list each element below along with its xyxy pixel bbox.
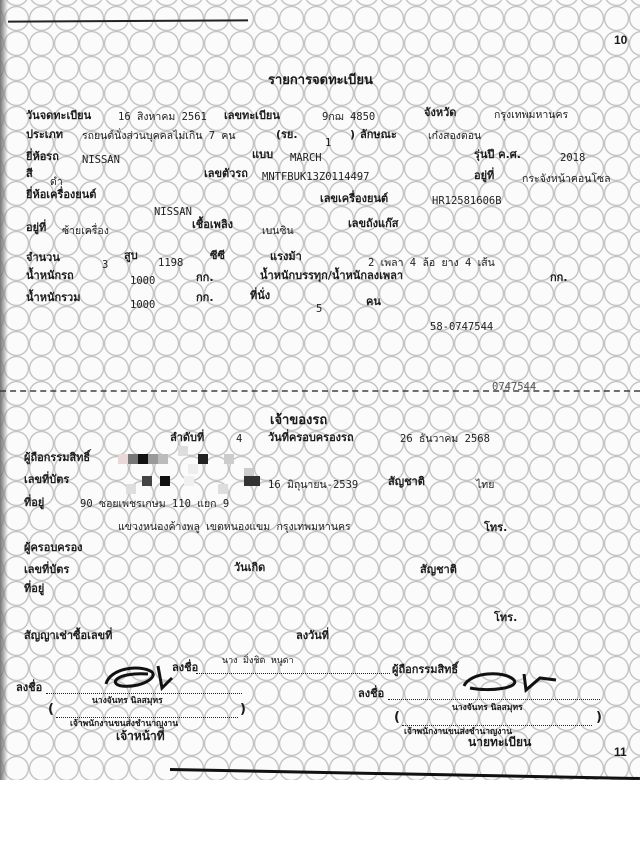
year-label: รุ่นปี ค.ศ. <box>474 149 521 160</box>
owner-sequence-value: 4 <box>236 434 242 445</box>
officer-title: เจ้าพนักงานขนส่งชำนาญงาน <box>70 720 178 729</box>
hire-purchase-contract-label: สัญญาเช่าซื้อเลขที่ <box>24 630 112 641</box>
vehicle-weight-unit: กก. <box>196 272 214 283</box>
chassis-location-label: อยู่ที่ <box>474 170 494 181</box>
payload-unit: กก. <box>550 272 568 283</box>
possessor-label: ผู้ครอบครอง <box>24 542 83 553</box>
owner-nationality-label: สัญชาติ <box>388 476 425 487</box>
engine-cc-value: 1198 <box>158 258 183 269</box>
faded-number: 0747544 <box>492 382 536 393</box>
officer-name: นางจันทร นิลสมุทร <box>92 697 163 706</box>
registrar-name: นางจันทร นิลสมุทร <box>452 704 523 713</box>
style-label: ลักษณะ <box>360 129 397 140</box>
plate-value: 9กฌ 4850 <box>322 112 375 123</box>
page-number-top: 10 <box>614 34 627 46</box>
province-label: จังหวัด <box>424 107 456 118</box>
gross-weight-unit: กก. <box>196 292 214 303</box>
registrar-name-line <box>402 724 592 726</box>
registration-document-page: 10 รายการจดทะเบียน วันจดทะเบียน 16 สิงหา… <box>0 0 640 780</box>
fuel-value: เบนซิน <box>262 226 294 237</box>
page-number-bottom: 11 <box>614 746 627 758</box>
gross-weight-label: น้ำหนักรวม <box>26 292 80 303</box>
possession-date-value: 26 ธันวาคม 2568 <box>400 434 490 445</box>
reg-date-value: 16 สิงหาคม 2561 <box>118 112 207 123</box>
holder-role: ผู้ถือกรรมสิทธิ์ <box>392 664 458 675</box>
owner-phone-label: โทร. <box>484 522 507 533</box>
cylinders-label: จำนวน <box>26 252 60 263</box>
model-value: MARCH <box>290 153 322 164</box>
officer-open-paren: ( <box>48 702 54 717</box>
style-value: เก๋งสองตอน <box>428 131 481 142</box>
officer-close-paren: ) <box>240 702 246 717</box>
engine-location-value: ซ้ายเครื่อง <box>62 226 109 237</box>
engine-cc-unit: ซีซี <box>210 250 225 261</box>
possessor-nationality-label: สัญชาติ <box>420 564 457 575</box>
brand-label: ยี่ห้อรถ <box>26 151 59 162</box>
registrar-open-paren: ( <box>394 710 400 725</box>
engine-no-value: HR12581606B <box>432 196 502 207</box>
officer-role: เจ้าหน้าที่ <box>116 730 165 742</box>
holder-label: ผู้ถือกรรมสิทธิ์ <box>24 452 90 463</box>
officer-sign-label: ลงชื่อ <box>16 682 42 693</box>
brand-value: NISSAN <box>82 155 120 166</box>
seats-unit: คน <box>366 296 381 307</box>
color-label: สี <box>26 168 33 179</box>
type-label: ประเภท <box>26 129 63 140</box>
registrar-sign-line <box>388 698 600 700</box>
cylinders-unit: สูบ <box>124 250 138 261</box>
vehicle-weight-label: น้ำหนักรถ <box>26 270 74 281</box>
ry-value: 1 <box>325 138 331 149</box>
chassis-value: MNTFBUK13Z0114497 <box>262 172 369 183</box>
possession-date-label: วันที่ครอบครองรถ <box>268 432 354 443</box>
fuel-label: เชื้อเพลิง <box>192 219 233 230</box>
year-value: 2018 <box>560 153 585 164</box>
possessor-id-label: เลขที่บัตร <box>24 564 69 575</box>
top-rule <box>8 19 248 22</box>
document-title: รายการจดทะเบียน <box>268 74 373 87</box>
engine-brand-value: NISSAN <box>154 207 192 218</box>
registrar-sign-label: ลงชื่อ <box>358 688 384 699</box>
axles-value: 2 เพลา 4 ล้อ ยาง 4 เส้น <box>368 258 495 269</box>
officer-signature <box>100 660 192 700</box>
type-value: รถยนต์นั่งส่วนบุคคลไม่เกิน 7 คน <box>82 131 236 142</box>
officer-name-line <box>56 716 238 718</box>
payload-label: น้ำหนักบรรทุก/น้ำหนักลงเพลา <box>260 270 403 281</box>
contract-date-label: ลงวันที่ <box>296 630 329 641</box>
reg-date-label: วันจดทะเบียน <box>26 110 91 121</box>
chassis-label: เลขตัวรถ <box>204 168 248 179</box>
owner-sequence-label: ลำดับที่ <box>170 432 204 443</box>
owner-nationality-value: ไทย <box>476 480 494 491</box>
owner-section-title: เจ้าของรถ <box>270 414 327 427</box>
engine-no-label: เลขเครื่องยนต์ <box>320 193 388 204</box>
officer-sign-line <box>46 692 242 694</box>
plate-label: เลขทะเบียน <box>224 110 280 121</box>
possessor-address-label: ที่อยู่ <box>24 583 44 594</box>
gas-tank-label: เลขถังแก๊ส <box>348 218 399 229</box>
reference-number: 58-0747544 <box>430 322 493 333</box>
seats-label: ที่นั่ง <box>250 290 270 301</box>
owner-address-label: ที่อยู่ <box>24 497 44 508</box>
horsepower-label: แรงม้า <box>270 251 302 262</box>
seats-value: 5 <box>316 304 322 315</box>
owner-id-label: เลขที่บัตร <box>24 474 69 485</box>
cylinders-value: 3 <box>102 260 108 271</box>
province-value: กรุงเทพมหานคร <box>494 110 568 121</box>
registrar-role: นายทะเบียน <box>468 736 531 748</box>
chassis-location-value: กระจังหน้าคอนโซล <box>522 174 611 185</box>
engine-brand-label: ยี่ห้อเครื่องยนต์ <box>26 189 96 200</box>
ry-close: ) <box>350 129 355 140</box>
possessor-phone-label: โทร. <box>494 612 517 623</box>
color-value: ดำ <box>50 177 63 188</box>
section-divider <box>0 390 640 393</box>
ry-label: (รย. <box>276 129 298 140</box>
registrar-signature <box>460 668 570 698</box>
engine-location-label: อยู่ที่ <box>26 222 46 233</box>
owner-birth-date: 16 มิถุนายน-2539 <box>268 480 358 491</box>
registrar-close-paren: ) <box>596 710 602 725</box>
bottom-rule <box>170 768 640 780</box>
holder-sign-line <box>196 672 390 674</box>
holder-sign-name: นาง มิ่งชิต หนูดา <box>222 657 294 666</box>
gross-weight-value: 1000 <box>130 300 155 311</box>
owner-address-line1: 90 ซอยเพชรเกษม 110 แยก 9 <box>80 499 229 510</box>
redacted-name-and-id <box>118 452 268 497</box>
model-label: แบบ <box>252 149 273 160</box>
possessor-birth-label: วันเกิด <box>234 562 265 573</box>
owner-address-line2: แขวงหนองค้างพลู เขตหนองแขม กรุงเทพมหานคร <box>118 522 351 533</box>
vehicle-weight-value: 1000 <box>130 276 155 287</box>
